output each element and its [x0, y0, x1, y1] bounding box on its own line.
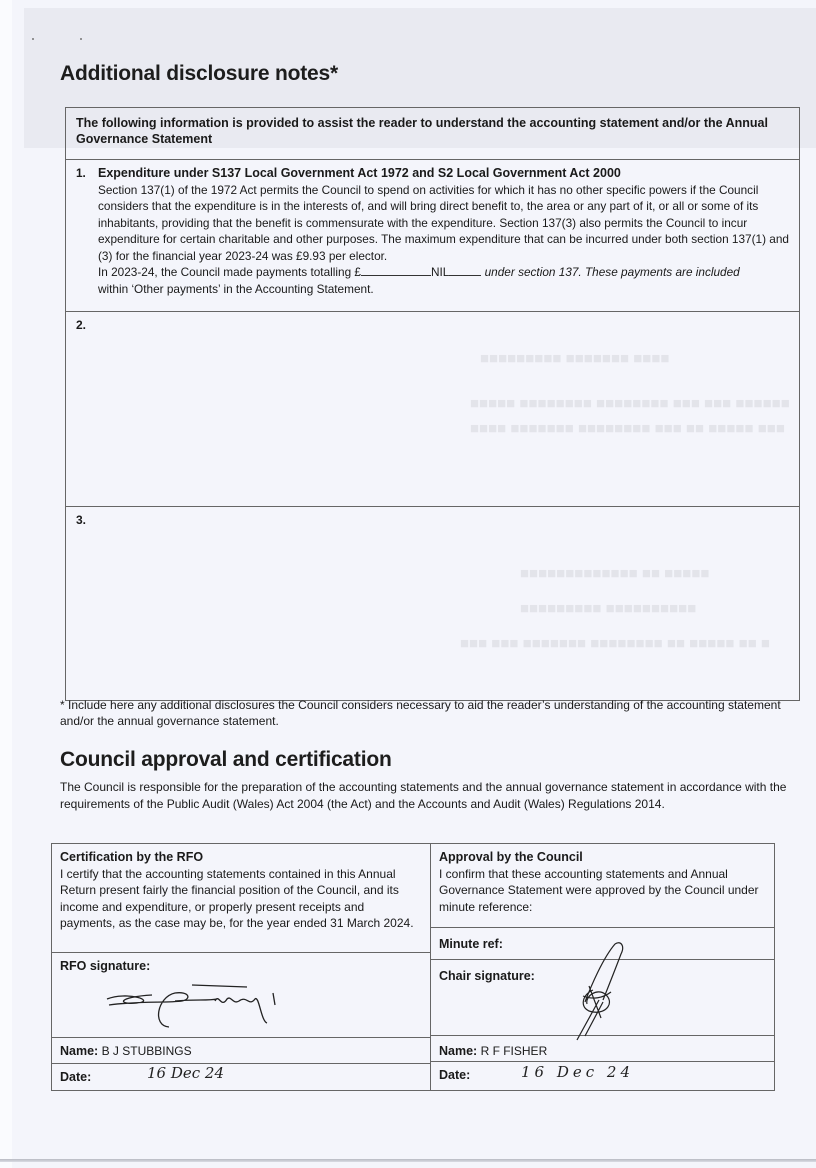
certification-table: Certification by the RFO I certify that …: [51, 843, 775, 1091]
council-approval: Approval by the Council I confirm that t…: [431, 844, 774, 928]
scan-margin: [0, 0, 12, 1168]
rfo-title: Certification by the RFO: [60, 849, 422, 866]
rfo-text: I certify that the accounting statements…: [60, 866, 422, 932]
rfo-name-cell: Name: B J STUBBINGS: [52, 1038, 430, 1064]
rfo-name: B J STUBBINGS: [102, 1044, 192, 1058]
disclosure-heading: Additional disclosure notes*: [60, 62, 338, 86]
minute-ref-label: Minute ref:: [439, 937, 503, 951]
payments-value: NIL: [431, 265, 449, 279]
scan-speck: [80, 38, 82, 40]
item-number: 2.: [76, 318, 86, 332]
approval-intro: The Council is responsible for the prepa…: [60, 779, 800, 813]
item-number: 1.: [76, 165, 98, 182]
item-number: 3.: [76, 513, 86, 527]
rfo-date-cell: Date: 16 Dec 24: [52, 1064, 430, 1091]
council-text: I confirm that these accounting statemen…: [439, 866, 766, 916]
rfo-certification: Certification by the RFO I certify that …: [52, 844, 430, 953]
scan-edge-shadow: [0, 1159, 816, 1162]
approval-heading: Council approval and certification: [60, 748, 392, 772]
rfo-signature-icon: [97, 971, 297, 1031]
disclosure-item-3: 3.: [66, 507, 799, 698]
disclosure-item-2: 2.: [66, 312, 799, 507]
disclosure-item-1: 1.Expenditure under S137 Local Governmen…: [66, 160, 799, 312]
disclosure-table: The following information is provided to…: [65, 107, 800, 701]
disclosure-footnote: * Include here any additional disclosure…: [60, 697, 800, 729]
chair-name: R F FISHER: [481, 1044, 548, 1058]
item-body: Section 137(1) of the 1972 Act permits t…: [76, 182, 789, 265]
item-title: Expenditure under S137 Local Government …: [98, 166, 621, 180]
chair-date-cell: Date: 16 Dec 24: [431, 1062, 774, 1090]
rfo-signature-cell: RFO signature:: [52, 953, 430, 1038]
disclosure-intro: The following information is provided to…: [66, 108, 799, 160]
chair-signature-label: Chair signature:: [439, 969, 535, 983]
rfo-date: 16 Dec 24: [147, 1065, 224, 1082]
chair-signature-icon: [563, 940, 633, 1050]
rfo-column: Certification by the RFO I certify that …: [52, 844, 431, 1090]
chair-date: 16 Dec 24: [521, 1064, 634, 1081]
payments-statement: In 2023-24, the Council made payments to…: [76, 264, 789, 297]
council-title: Approval by the Council: [439, 849, 766, 866]
scan-speck: [32, 38, 34, 40]
